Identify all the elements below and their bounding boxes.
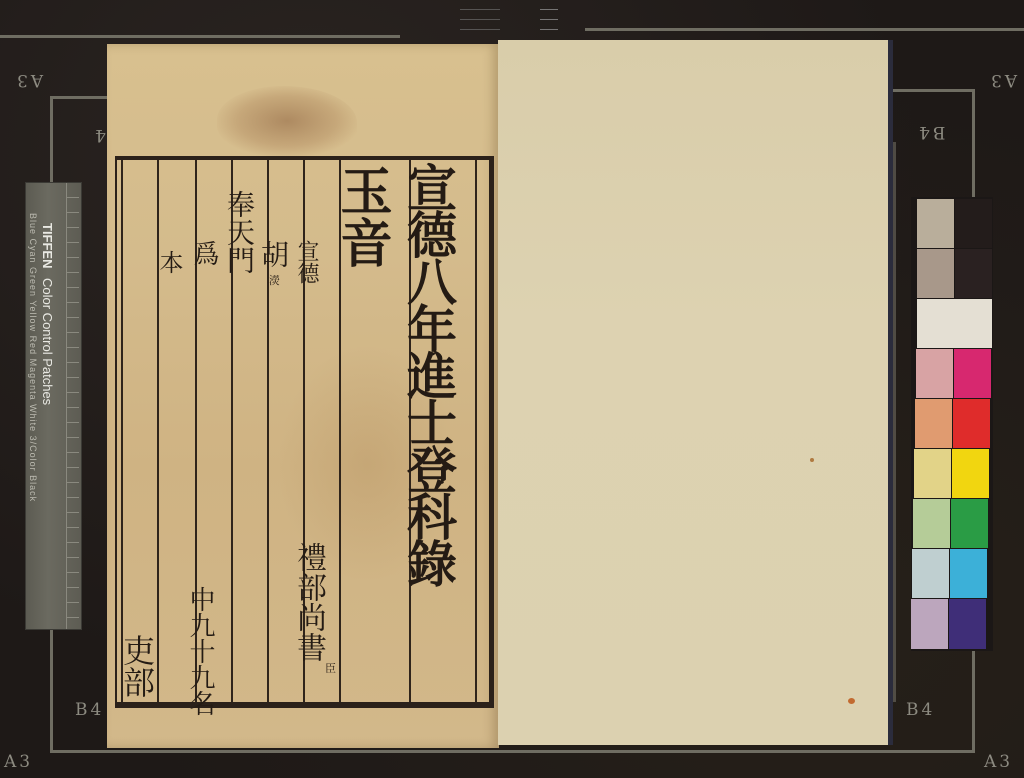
- left-page: 宣德八年進士登科錄 玉音 宣德 禮部尚書 臣 胡 濙 奉天門 爲 中九十九名 本…: [107, 44, 499, 748]
- patch-lavender: [911, 599, 948, 649]
- water-stain: [217, 86, 357, 156]
- col-1-top: 宣德: [295, 240, 317, 284]
- tiffen-brand: TIFFEN: [40, 223, 55, 269]
- patch-red: [953, 399, 990, 448]
- patch-green: [951, 499, 988, 548]
- patch-black-top: [955, 199, 992, 248]
- tiffen-ruler: [66, 183, 79, 629]
- col-1-bottom: 禮部尚書: [293, 542, 323, 662]
- patch-white: [917, 299, 992, 348]
- mat-label-4-top-left: 4: [92, 125, 106, 145]
- color-calibration-chart: [911, 197, 993, 651]
- patch-green-light: [913, 499, 950, 548]
- guide-line-left-inner-top: [50, 96, 110, 99]
- mat-label-a3-bottom-left: A3: [4, 752, 33, 772]
- guide-line-bottom: [50, 750, 974, 753]
- patch-gray-mid: [917, 249, 954, 298]
- tiffen-title: TIFFEN Color Control Patches: [40, 223, 55, 405]
- patch-yellow-light: [914, 449, 951, 498]
- patch-cyan-light: [912, 549, 949, 598]
- top-ruler-ticks: [460, 0, 500, 35]
- mat-label-b4-bottom-left: B4: [75, 700, 104, 720]
- patch-gray-light: [917, 199, 954, 248]
- patch-purple: [949, 599, 986, 649]
- col-2-note: 濙: [269, 272, 280, 288]
- paper-speck-2: [848, 698, 855, 704]
- mat-label-b4-bottom-right: B4: [906, 700, 935, 720]
- mat-label-a3-top-left: A3: [14, 70, 43, 90]
- guide-line-top-right: [585, 28, 1024, 31]
- heading-yuyin: 玉音: [335, 164, 387, 268]
- col-6-bottom: 吏部: [121, 634, 153, 698]
- col-5-top: 本: [157, 250, 181, 274]
- col-3-top: 奉天門: [225, 190, 253, 274]
- guide-line-right-inner-2: [893, 142, 896, 702]
- paper-speck: [810, 458, 814, 462]
- mat-label-a3-top-right: A3: [988, 70, 1017, 90]
- tiffen-color-labels: Blue Cyan Green Yellow Red Magenta White…: [28, 213, 38, 502]
- right-page-edge: [888, 40, 893, 745]
- mat-label-a3-bottom-right: A3: [984, 752, 1013, 772]
- col-4-top: 爲: [191, 240, 217, 266]
- top-ruler-ticks-2: [540, 0, 558, 35]
- tiffen-product: Color Control Patches: [40, 278, 55, 405]
- tiffen-color-control-strip: Blue Cyan Green Yellow Red Magenta White…: [25, 182, 82, 630]
- patch-black-2: [955, 249, 992, 298]
- title-text: 宣德八年進士登科錄: [403, 162, 453, 585]
- patch-cyan: [950, 549, 987, 598]
- patch-magenta: [954, 349, 991, 398]
- col-4-bottom: 中九十九名: [187, 586, 213, 716]
- col-2-top: 胡: [259, 240, 287, 268]
- guide-line-right-inner-top: [891, 89, 975, 92]
- guide-line-top: [0, 35, 400, 38]
- right-page-blank: [498, 40, 891, 745]
- patch-pink-light: [916, 349, 953, 398]
- patch-yellow: [952, 449, 989, 498]
- col-1-note: 臣: [325, 660, 336, 676]
- patch-orange-light: [915, 399, 952, 448]
- mat-label-b4-top-right: B4: [916, 122, 945, 142]
